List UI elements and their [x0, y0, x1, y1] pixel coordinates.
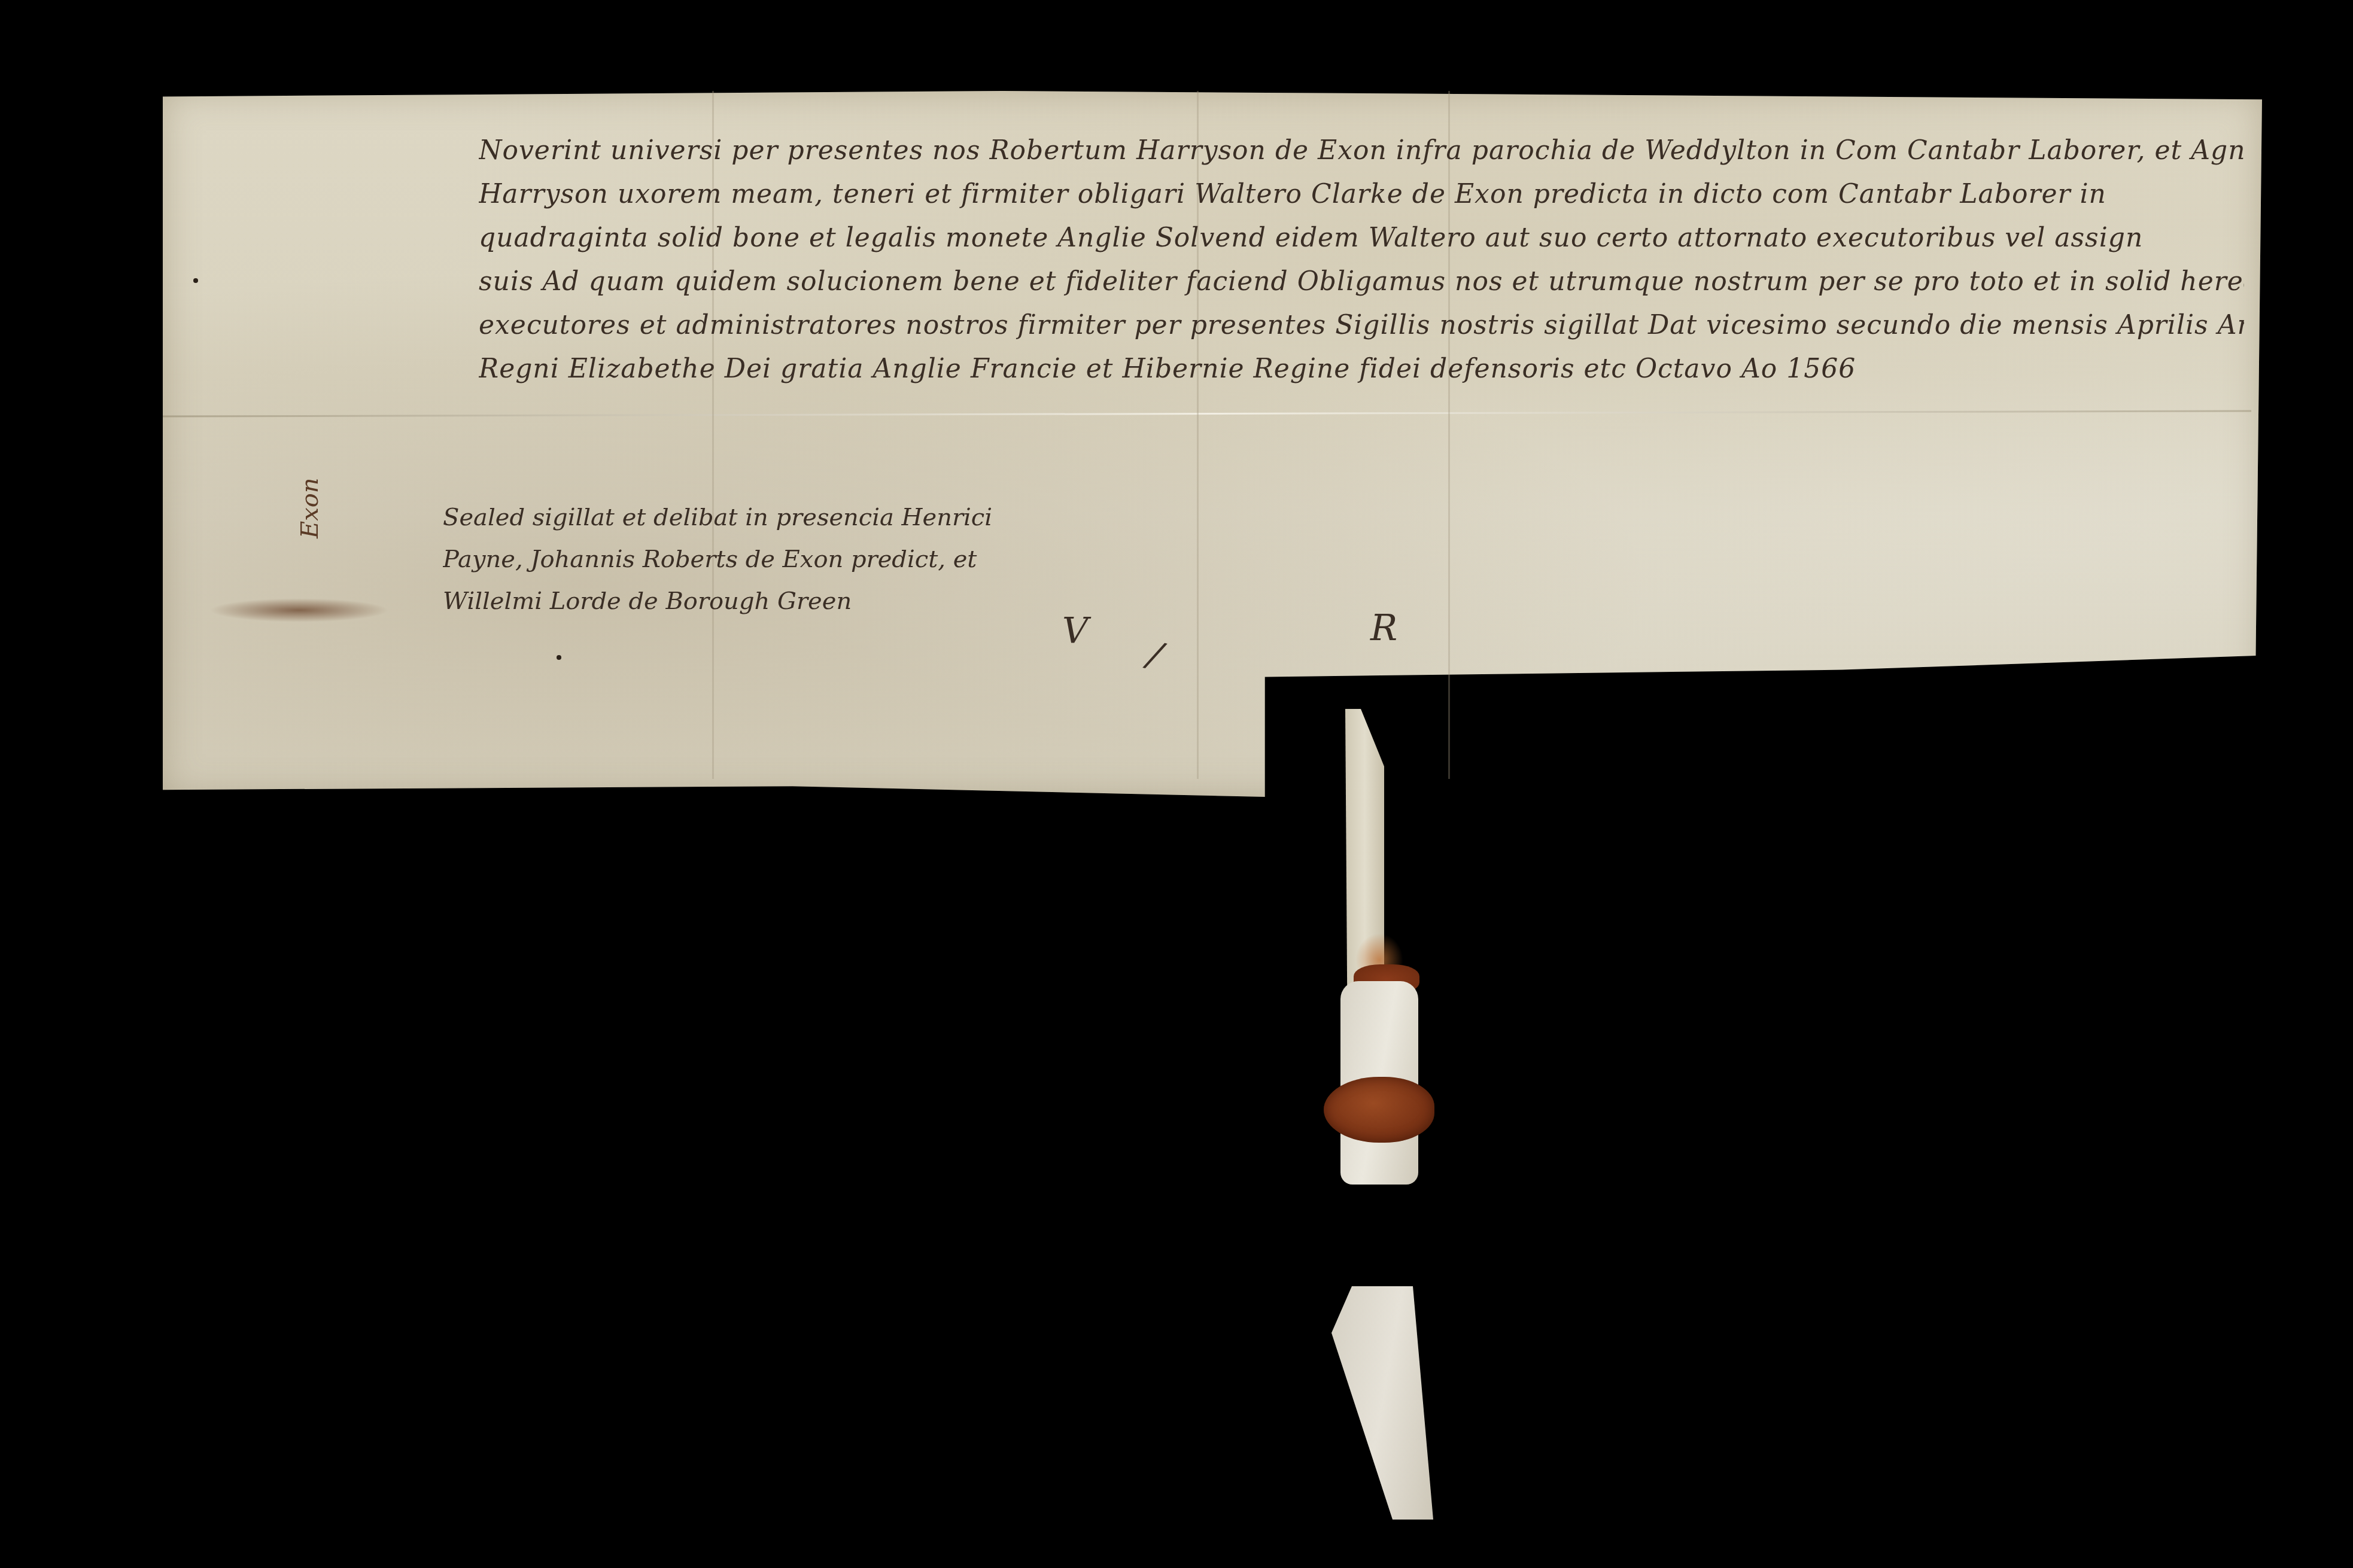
attestation-line: Payne, Johannis Roberts de Exon predict,… — [443, 538, 1221, 580]
margin-note: Exon — [296, 477, 324, 538]
text-line: Noverint universi per presentes nos Robe… — [479, 129, 2244, 172]
document-body-text: Noverint universi per presentes nos Robe… — [479, 129, 2244, 391]
ink-dot — [193, 278, 198, 283]
attestation-line: Sealed sigillat et delibat in presencia … — [443, 497, 1221, 538]
text-line: suis Ad quam quidem solucionem bene et f… — [479, 260, 2244, 303]
text-line: quadraginta solid bone et legalis monete… — [479, 216, 2244, 260]
photo-background: Noverint universi per presentes nos Robe… — [0, 0, 2353, 1568]
signature-mark: R — [1370, 607, 1397, 649]
attestation-line: Willelmi Lorde de Borough Green — [443, 580, 1221, 622]
signature-mark: V — [1062, 610, 1088, 652]
text-line: Harryson uxorem meam, teneri et firmiter… — [479, 172, 2244, 216]
ink-dot — [557, 655, 561, 660]
text-line: executores et administratores nostros fi… — [479, 303, 2244, 347]
seal-tag-end — [1331, 1286, 1433, 1520]
attestation-text: Sealed sigillat et delibat in presencia … — [443, 497, 1221, 622]
text-line: Regni Elizabethe Dei gratia Anglie Franc… — [479, 347, 2244, 391]
wax-seal — [1324, 1077, 1434, 1143]
ink-stain — [209, 598, 389, 622]
